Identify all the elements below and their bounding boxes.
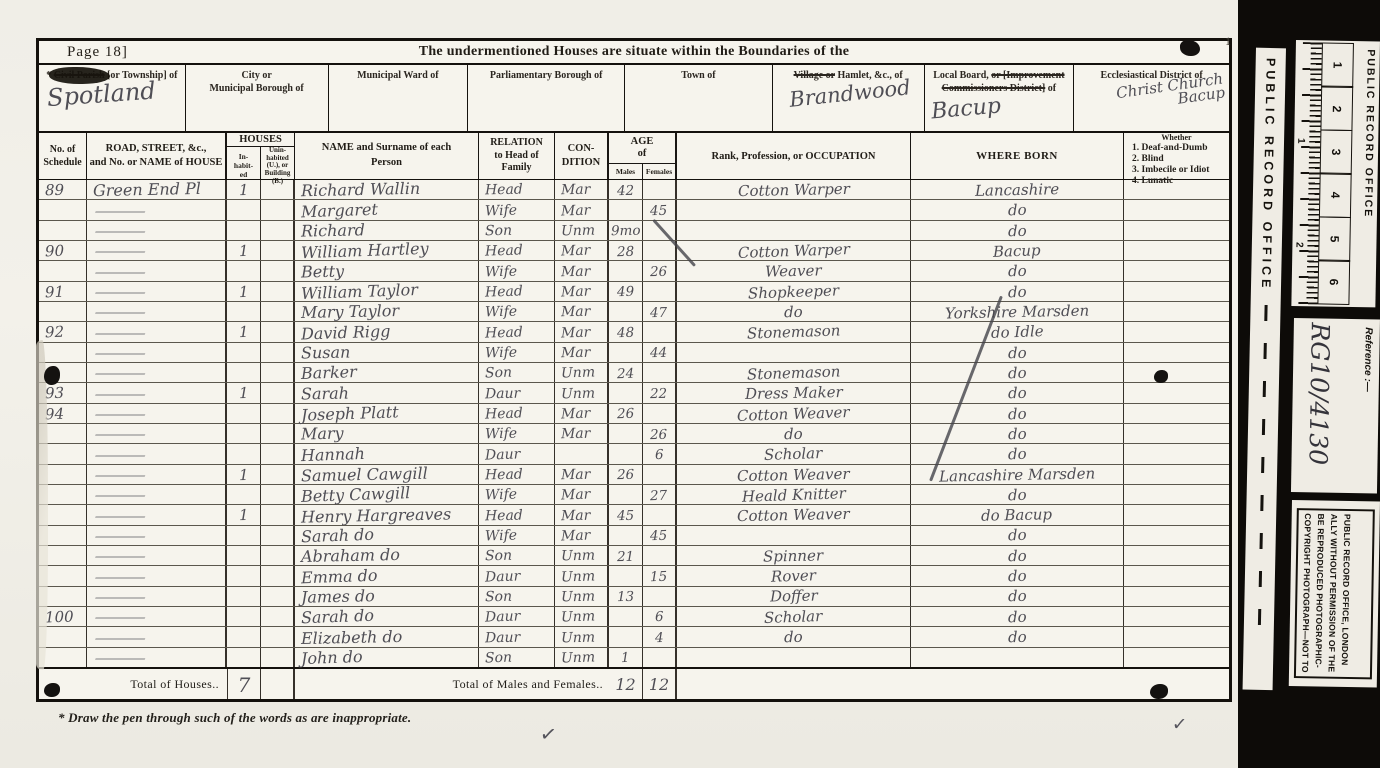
handwritten-entry: Stonemason	[747, 325, 841, 342]
cell-am: 49	[609, 282, 643, 301]
district-field-civil-parish: * Civil Parish [or Township] ofSpotland	[39, 65, 186, 131]
cell-uninh	[261, 200, 295, 219]
cell-infirm	[1124, 383, 1229, 402]
cell-af	[643, 322, 677, 341]
cell-road: —	[87, 526, 227, 545]
handwritten-entry: Susan	[301, 346, 351, 361]
cell-schedule	[39, 648, 87, 667]
handwritten-entry: Doffer	[769, 590, 817, 604]
cell-born: Lancashire	[911, 180, 1124, 199]
cell-uninh	[261, 241, 295, 260]
cell-am	[609, 343, 643, 362]
cell-occ: Cotton Warper	[677, 180, 911, 199]
handwritten-entry: —	[93, 529, 147, 543]
cell-name: Mary	[295, 424, 479, 443]
handwritten-entry: Sarah	[301, 386, 349, 401]
handwritten-entry: Hannah	[301, 447, 365, 464]
handwritten-entry: Mar	[561, 204, 591, 218]
cell-cond: Unm	[555, 566, 609, 585]
cell-cond: Unm	[555, 363, 609, 382]
cell-cond: Mar	[555, 302, 609, 321]
cell-af	[643, 404, 677, 423]
cell-rel: Son	[479, 587, 555, 606]
table-row: 94—Joseph PlattHeadMar26Cotton Weaverdo	[39, 404, 1229, 424]
handwritten-entry: 47	[650, 306, 667, 318]
cell-rel: Head	[479, 322, 555, 341]
table-row: 89Green End Pl1Richard WallinHeadMar42Co…	[39, 180, 1229, 200]
handwritten-entry: Mary	[301, 427, 344, 442]
cell-rel: Wife	[479, 526, 555, 545]
handwritten-entry: Unm	[561, 611, 596, 625]
cell-name: William Hartley	[295, 241, 479, 260]
district-field-village-hamlet: Village or Hamlet, &c., ofBrandwood	[773, 65, 925, 131]
cell-am	[609, 424, 643, 443]
cell-name: David Rigg	[295, 322, 479, 341]
header-schedule: No. of Schedule	[39, 133, 87, 179]
cell-cond: Unm	[555, 648, 609, 667]
cell-uninh	[261, 648, 295, 667]
handwritten-entry: 26	[650, 266, 667, 278]
handwritten-entry: do	[1008, 387, 1027, 401]
cell-born: Bacup	[911, 241, 1124, 260]
cell-occ: Shopkeeper	[677, 282, 911, 301]
cell-born: do	[911, 261, 1124, 280]
handwritten-entry: 13	[617, 591, 634, 603]
cell-infirm	[1124, 424, 1229, 443]
cell-name: Henry Hargreaves	[295, 505, 479, 524]
cell-inh	[227, 424, 261, 443]
reference-strip: Reference :— RG10/4130	[1291, 318, 1380, 493]
handwritten-entry: 6	[654, 449, 663, 461]
cell-born: Yorkshire Marsden	[911, 302, 1124, 321]
table-row: —HannahDaur6Scholardo	[39, 444, 1229, 464]
cell-inh	[227, 648, 261, 667]
handwritten-entry: Sarah do	[301, 609, 374, 626]
handwritten-entry: 21	[617, 550, 634, 562]
header-relation: RELATION to Head of Family	[479, 133, 555, 179]
handwritten-entry: do	[1008, 631, 1027, 645]
handwritten-entry: do	[1008, 428, 1027, 442]
cell-infirm	[1124, 180, 1229, 199]
cell-occ: Cotton Warper	[677, 241, 911, 260]
cell-af: 22	[643, 383, 677, 402]
handwritten-entry: Head	[485, 407, 523, 421]
cell-af: 44	[643, 343, 677, 362]
cell-af	[643, 587, 677, 606]
cell-inh: 1	[227, 383, 261, 402]
handwritten-entry: —	[93, 468, 147, 482]
cell-name: Elizabeth do	[295, 627, 479, 646]
cell-af	[643, 282, 677, 301]
cell-af: 26	[643, 261, 677, 280]
cell-am: 21	[609, 546, 643, 565]
header-where-born: WHERE BORN	[911, 133, 1124, 179]
handwritten-entry: —	[93, 305, 147, 319]
district-field-ecclesiastical-district: Ecclesiastical District ofChrist Church …	[1074, 65, 1229, 131]
cell-name: Richard Wallin	[295, 180, 479, 199]
handwritten-entry: 6	[654, 611, 663, 623]
handwritten-entry: do	[784, 631, 803, 645]
handwritten-entry: do	[1007, 610, 1026, 624]
cell-occ: Cotton Weaver	[677, 465, 911, 484]
cell-born: do	[911, 587, 1124, 606]
handwritten-entry: Richard Wallin	[301, 182, 420, 199]
cell-occ: Weaver	[677, 261, 911, 280]
cell-uninh	[261, 383, 295, 402]
handwritten-entry: Shopkeeper	[748, 284, 839, 301]
reference-label: Reference :—	[1360, 327, 1374, 477]
header-road: ROAD, STREET, &c., and No. or NAME of HO…	[87, 133, 227, 179]
cell-born: do	[911, 546, 1124, 565]
cell-name: Richard	[295, 221, 479, 240]
handwritten-entry: —	[93, 265, 147, 279]
header-condition: CON- DITION	[555, 133, 609, 179]
cell-born: do	[911, 424, 1124, 443]
cell-infirm	[1124, 648, 1229, 667]
cell-am	[609, 444, 643, 463]
cell-cond: Mar	[555, 424, 609, 443]
cell-uninh	[261, 322, 295, 341]
handwritten-entry: Unm	[561, 225, 595, 238]
handwritten-entry: 45	[617, 510, 634, 522]
cell-born: do	[911, 607, 1124, 626]
cell-uninh	[261, 343, 295, 362]
handwritten-entry: 15	[650, 571, 668, 584]
cell-inh	[227, 221, 261, 240]
cell-rel: Wife	[479, 485, 555, 504]
cell-born: do	[911, 343, 1124, 362]
cell-af	[643, 241, 677, 260]
handwritten-entry: do	[1007, 448, 1026, 462]
cell-inh: 1	[227, 465, 261, 484]
table-row: —Betty CawgillWifeMar27Heald Knitterdo	[39, 485, 1229, 505]
cell-am	[609, 383, 643, 402]
cell-rel: Daur	[479, 627, 555, 646]
handwritten-entry: Bacup	[993, 244, 1041, 259]
cell-cond: Mar	[555, 343, 609, 362]
cell-af: 6	[643, 444, 677, 463]
header-infirmity: Whether 1. Deaf-and-Dumb 2. Blind 3. Imb…	[1124, 133, 1229, 179]
handwritten-entry: —	[93, 610, 147, 624]
cell-name: Sarah do	[295, 526, 479, 545]
handwritten-entry: Unm	[561, 550, 595, 563]
handwritten-entry: do	[784, 428, 803, 442]
cell-cond: Mar	[555, 505, 609, 524]
cell-rel: Wife	[479, 424, 555, 443]
table-row: 91—1William TaylorHeadMar49Shopkeeperdo	[39, 282, 1229, 302]
header-age-group: AGE of Males Females	[609, 133, 677, 179]
cell-cond: Mar	[555, 465, 609, 484]
header-age-sub: Males Females	[609, 163, 675, 179]
handwritten-entry: Son	[485, 367, 512, 381]
handwritten-entry: do	[1007, 204, 1026, 218]
cell-inh	[227, 587, 261, 606]
handwritten-entry: 94	[45, 407, 65, 421]
table-row: 93—1SarahDaurUnm22Dress Makerdo	[39, 383, 1229, 403]
cell-occ: Scholar	[677, 444, 911, 463]
cell-rel: Head	[479, 505, 555, 524]
handwritten-entry: Wife	[485, 529, 518, 543]
cell-af	[643, 648, 677, 667]
cell-road: —	[87, 200, 227, 219]
handwritten-entry: do	[1007, 570, 1026, 584]
handwritten-entry: Daur	[485, 611, 521, 625]
handwritten-entry: Mar	[561, 347, 591, 360]
handwritten-entry: Mar	[561, 265, 591, 278]
cell-schedule: 92	[39, 322, 87, 341]
handwritten-entry: do	[1007, 407, 1026, 421]
cell-schedule	[39, 302, 87, 321]
handwritten-entry: Mar	[561, 245, 591, 259]
cell-uninh	[261, 607, 295, 626]
district-handwritten-value: Spotland	[46, 78, 193, 110]
handwritten-entry: Scholar	[764, 610, 823, 626]
cell-name: Hannah	[295, 444, 479, 463]
handwritten-entry: —	[93, 326, 147, 340]
table-row: —MaryWifeMar26dodo	[39, 424, 1229, 444]
cell-uninh	[261, 282, 295, 301]
handwritten-entry: —	[93, 224, 147, 238]
handwritten-entry: Spinner	[763, 549, 823, 564]
header-name: NAME and Surname of each Person	[295, 133, 479, 179]
cell-am: 9mo	[609, 221, 643, 240]
handwritten-entry: do	[1008, 590, 1027, 604]
handwritten-entry: Mar	[561, 529, 591, 543]
cell-uninh	[261, 485, 295, 504]
handwritten-entry: Head	[485, 184, 523, 197]
cell-occ: Doffer	[677, 587, 911, 606]
cell-uninh	[261, 505, 295, 524]
handwritten-entry: 90	[45, 245, 65, 259]
cell-am: 13	[609, 587, 643, 606]
header-age: AGE of	[631, 133, 654, 163]
table-row: —MargaretWifeMar45do	[39, 200, 1229, 220]
cell-am: 48	[609, 322, 643, 341]
column-header-row: No. of Schedule ROAD, STREET, &c., and N…	[39, 133, 1229, 180]
cell-road: —	[87, 648, 227, 667]
cell-name: Mary Taylor	[295, 302, 479, 321]
cell-infirm	[1124, 526, 1229, 545]
handwritten-entry: Daur	[485, 570, 521, 584]
total-houses-ink: 7	[238, 676, 251, 694]
cell-cond: Unm	[555, 383, 609, 402]
reference-number: RG10/4130	[1303, 322, 1335, 490]
cell-af: 4	[643, 627, 677, 646]
handwritten-entry: Unm	[561, 570, 596, 584]
cell-road: —	[87, 505, 227, 524]
table-row: 100—Sarah doDaurUnm6Scholardo	[39, 607, 1229, 627]
pen-checkmark: ✓	[538, 721, 558, 747]
handwritten-entry: do	[1007, 367, 1026, 381]
handwritten-entry: —	[93, 366, 147, 380]
cell-born: do	[911, 221, 1124, 240]
cell-infirm	[1124, 322, 1229, 341]
cell-inh: 1	[227, 322, 261, 341]
cell-rel: Wife	[479, 343, 555, 362]
total-females-ink: 12	[649, 678, 669, 692]
handwritten-entry: Head	[485, 245, 523, 259]
cell-name: Abraham do	[295, 546, 479, 565]
district-field-municipal-ward: Municipal Ward of	[329, 65, 469, 131]
cell-name: Sarah do	[295, 607, 479, 626]
cell-cond: Unm	[555, 607, 609, 626]
handwritten-entry: do	[1008, 550, 1027, 564]
cell-occ	[677, 221, 911, 240]
pro-ruler-strip: 1 2 123456 PUBLIC RECORD OFFICE	[1291, 40, 1380, 307]
cell-occ: do	[677, 424, 911, 443]
handwritten-entry: Cotton Weaver	[737, 467, 850, 483]
cell-af: 47	[643, 302, 677, 321]
cell-occ: Stonemason	[677, 363, 911, 382]
handwritten-entry: 42	[617, 184, 634, 196]
handwritten-entry: 1	[621, 652, 630, 664]
handwritten-entry: Sarah do	[301, 528, 374, 545]
cell-infirm	[1124, 282, 1229, 301]
cell-road: —	[87, 587, 227, 606]
footnote: * Draw the pen through such of the words…	[58, 710, 411, 726]
handwritten-entry: Dress Maker	[745, 386, 843, 402]
cell-born	[911, 648, 1124, 667]
cell-infirm	[1124, 587, 1229, 606]
cell-af	[643, 546, 677, 565]
cell-af	[643, 363, 677, 382]
handwritten-entry: Betty Cawgill	[301, 486, 411, 504]
ink-blot	[44, 366, 60, 385]
cell-born: do	[911, 383, 1124, 402]
cell-occ: Cotton Weaver	[677, 505, 911, 524]
cell-am	[609, 526, 643, 545]
ruler-number-cell: 6	[1317, 260, 1350, 305]
ruler-inch-mark: 1	[1295, 138, 1306, 144]
cell-am: 1	[609, 648, 643, 667]
handwritten-entry: Green End Pl	[93, 182, 201, 199]
handwritten-entry: —	[93, 427, 147, 441]
handwritten-entry: Wife	[485, 428, 517, 441]
ruler-number-cells: 123456	[1317, 42, 1354, 305]
handwritten-entry: —	[93, 407, 147, 421]
table-body: 89Green End Pl1Richard WallinHeadMar42Co…	[39, 180, 1229, 667]
district-field-parliamentary-borough: Parliamentary Borough of	[468, 65, 625, 131]
cell-rel: Wife	[479, 200, 555, 219]
cell-name: Margaret	[295, 200, 479, 219]
handwritten-entry: Cotton Weaver	[737, 508, 850, 524]
cell-schedule	[39, 261, 87, 280]
cell-uninh	[261, 363, 295, 382]
cell-cond: Unm	[555, 221, 609, 240]
cell-am: 28	[609, 241, 643, 260]
cell-road: —	[87, 627, 227, 646]
cell-infirm	[1124, 546, 1229, 565]
cell-am	[609, 261, 643, 280]
handwritten-entry: Betty	[301, 264, 344, 279]
cell-uninh	[261, 444, 295, 463]
public-record-office-label: PUBLIC RECORD OFFICE	[1259, 58, 1278, 292]
cell-cond	[555, 444, 609, 463]
handwritten-entry: —	[93, 204, 147, 218]
handwritten-entry: David Rigg	[301, 324, 391, 342]
district-label: Municipal Ward of	[329, 65, 468, 82]
cell-name: Sarah	[295, 383, 479, 402]
cell-name: Betty Cawgill	[295, 485, 479, 504]
cell-road: —	[87, 546, 227, 565]
cell-infirm	[1124, 485, 1229, 504]
cell-uninh	[261, 526, 295, 545]
cell-cond: Mar	[555, 200, 609, 219]
cell-cond: Unm	[555, 587, 609, 606]
cell-uninh	[261, 627, 295, 646]
cell-rel: Head	[479, 404, 555, 423]
handwritten-entry: Mar	[561, 184, 591, 197]
handwritten-entry: 26	[650, 428, 667, 440]
cell-af	[643, 465, 677, 484]
cell-road: —	[87, 343, 227, 362]
cell-infirm	[1124, 566, 1229, 585]
table-row: —1Samuel CawgillHeadMar26Cotton WeaverLa…	[39, 465, 1229, 485]
ink-blot	[1154, 370, 1168, 383]
cell-infirm	[1124, 261, 1229, 280]
handwritten-entry: Mar	[561, 326, 591, 340]
handwritten-entry: 4	[655, 632, 664, 644]
cell-af: 26	[643, 424, 677, 443]
cell-af: 27	[643, 485, 677, 504]
handwritten-entry: 28	[617, 245, 635, 258]
cell-inh	[227, 343, 261, 362]
handwritten-entry: Yorkshire Marsden	[945, 304, 1089, 321]
cell-cond: Mar	[555, 526, 609, 545]
handwritten-entry: do	[784, 306, 803, 320]
cell-road: —	[87, 282, 227, 301]
cell-born: do	[911, 627, 1124, 646]
cell-name: Susan	[295, 343, 479, 362]
total-mf-label: Total of Males and Females..	[295, 669, 609, 699]
handwritten-entry: Unm	[561, 631, 595, 644]
total-males-value: 12	[609, 669, 643, 699]
cell-name: Emma do	[295, 566, 479, 585]
cell-infirm	[1124, 302, 1229, 321]
handwritten-entry: Mar	[561, 306, 591, 319]
copyright-box: COPYRIGHT PHOTOGRAPH—NOT TO BE REPRODUCE…	[1294, 508, 1375, 679]
handwritten-entry: Richard	[301, 223, 365, 239]
handwritten-entry: —	[93, 387, 147, 401]
ruler-number-cell: 2	[1320, 86, 1353, 131]
cell-am	[609, 607, 643, 626]
cell-born: do	[911, 200, 1124, 219]
handwritten-entry: 100	[45, 610, 74, 624]
handwritten-entry: Mar	[561, 428, 591, 441]
cell-cond: Mar	[555, 322, 609, 341]
cell-cond: Unm	[555, 546, 609, 565]
cell-infirm	[1124, 607, 1229, 626]
cell-cond: Mar	[555, 282, 609, 301]
handwritten-entry: Mar	[561, 469, 591, 482]
handwritten-entry: Mar	[561, 509, 591, 522]
handwritten-entry: Head	[485, 509, 523, 522]
cell-inh	[227, 302, 261, 321]
handwritten-entry: —	[93, 448, 147, 462]
cell-rel: Wife	[479, 261, 555, 280]
handwritten-entry: Mar	[561, 489, 591, 503]
cell-road: —	[87, 404, 227, 423]
handwritten-entry: Unm	[561, 387, 595, 400]
cell-rel: Son	[479, 221, 555, 240]
cell-name: Joseph Platt	[295, 404, 479, 423]
handwritten-entry: —	[93, 285, 147, 299]
cell-af	[643, 180, 677, 199]
handwritten-entry: Unm	[561, 591, 595, 604]
handwritten-entry: William Hartley	[301, 242, 429, 261]
handwritten-entry: do	[1007, 489, 1026, 503]
cell-rel: Daur	[479, 607, 555, 626]
